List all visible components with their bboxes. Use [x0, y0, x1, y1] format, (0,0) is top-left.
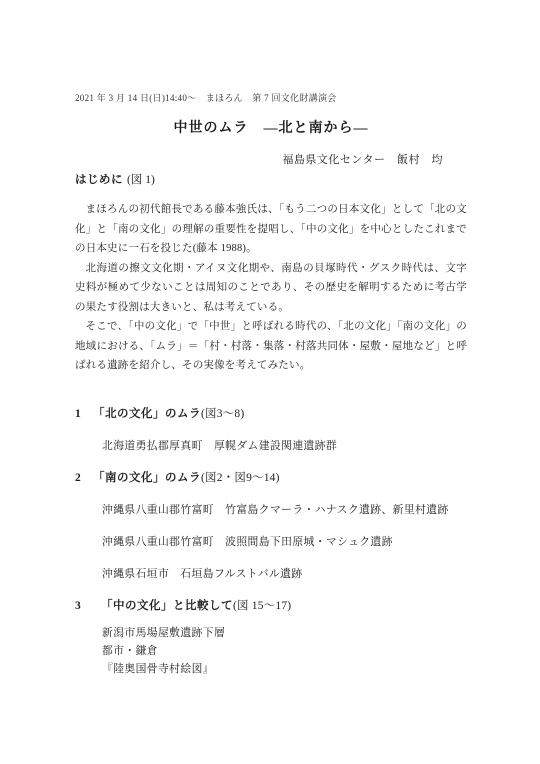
intro-paragraph-2: 北海道の擦文文化期・アイヌ文化期や、南島の貝塚時代・グスク時代は、文字史料が極め…	[75, 259, 467, 318]
section-2-number: 2	[75, 470, 93, 486]
intro-heading-label: はじめに	[75, 174, 123, 186]
section-2-item-3: 沖縄県石垣市 石垣島フルストバル遺跡	[75, 566, 467, 582]
section-3-item-1: 新潟市馬場屋敷遺跡下層	[75, 624, 467, 642]
document-title: 中世のムラ ―北と南から―	[75, 120, 467, 138]
section-3-item-list: 新潟市馬場屋敷遺跡下層 都市・鎌倉 『陸奥国骨寺村絵図』	[75, 624, 467, 678]
section-3-number: 3	[75, 598, 101, 614]
section-3-heading: 3「中の文化」と比較して(図 15～17)	[75, 598, 467, 614]
author-line: 福島県文化センター 飯村 均	[75, 153, 467, 168]
section-2-figref: (図2・図9～14)	[201, 472, 280, 484]
section-3-figref: (図 15～17)	[233, 600, 291, 612]
section-1-figref: (図3～8)	[201, 408, 244, 420]
section-1-number: 1	[75, 406, 93, 422]
intro-paragraphs: まほろんの初代館長である藤本強氏は、「もう二つの日本文化」として「北の文化」と「…	[75, 200, 467, 376]
section-3-item-2: 都市・鎌倉	[75, 642, 467, 660]
section-2-title: 「南の文化」のムラ	[93, 472, 201, 484]
section-3-title: 「中の文化」と比較して	[101, 600, 233, 612]
intro-heading-figref: (図 1)	[127, 174, 155, 186]
section-2-item-1: 沖縄県八重山郡竹富町 竹富島クマーラ・ハナスク遺跡、新里村遺跡	[75, 502, 467, 518]
section-1-title: 「北の文化」のムラ	[93, 408, 201, 420]
section-2-item-2: 沖縄県八重山郡竹富町 波照間島下田原城・マシュク遺跡	[75, 534, 467, 550]
intro-paragraph-1: まほろんの初代館長である藤本強氏は、「もう二つの日本文化」として「北の文化」と「…	[75, 200, 467, 259]
section-1-item-1: 北海道勇払郡厚真町 厚幌ダム建設関連遺跡群	[75, 438, 467, 454]
document-header-event-line: 2021 年 3 月 14 日(日)14:40～ まほろん 第 7 回文化財講演…	[75, 92, 467, 104]
section-1-heading: 1「北の文化」のムラ(図3～8)	[75, 406, 467, 422]
section-2-heading: 2「南の文化」のムラ(図2・図9～14)	[75, 470, 467, 486]
intro-paragraph-3: そこで、「中の文化」で「中世」と呼ばれる時代の、「北の文化」「南の文化」の地域に…	[75, 317, 467, 376]
section-3-item-3: 『陸奥国骨寺村絵図』	[75, 660, 467, 678]
intro-heading: はじめに(図 1)	[75, 172, 467, 188]
document-page: 2021 年 3 月 14 日(日)14:40～ まほろん 第 7 回文化財講演…	[0, 0, 540, 764]
